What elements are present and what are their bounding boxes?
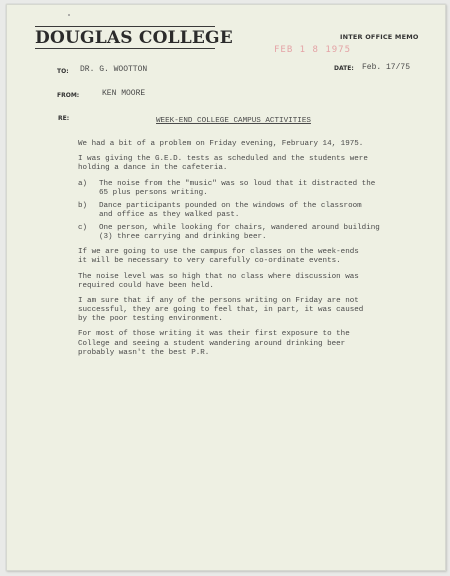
date-value: Feb. 17/75 [362,63,410,72]
list-item-letter: a) [78,180,99,198]
organization-name: DOUGLAS COLLEGE [35,29,215,47]
body-paragraph: If we are going to use the campus for cl… [78,248,433,266]
from-value: KEN MOORE [102,89,145,98]
list-item: c) One person, while looking for chairs,… [78,224,433,242]
to-label: TO: [57,68,69,75]
memo-page: DOUGLAS COLLEGE INTER OFFICE MEMO FEB 1 … [6,4,446,571]
list-item: b) Dance participants pounded on the win… [78,202,433,220]
from-label: FROM: [57,92,79,99]
list-item-letter: b) [78,202,99,220]
list-item-text: Dance participants pounded on the window… [99,202,362,220]
re-label: RE: [58,115,69,122]
received-date-stamp: FEB 1 8 1975 [274,45,351,55]
subject-line: WEEK-END COLLEGE CAMPUS ACTIVITIES [156,117,311,125]
body-paragraph: I am sure that if any of the persons wri… [78,297,433,324]
to-value: DR. G. WOOTTON [80,65,147,74]
list-item-letter: c) [78,224,99,242]
issue-list: a) The noise from the "music" was so lou… [78,180,433,243]
list-item: a) The noise from the "music" was so lou… [78,180,433,198]
body-paragraph: For most of those writing it was their f… [78,330,433,357]
body-paragraph: The noise level was so high that no clas… [78,273,433,291]
memo-type-label: INTER OFFICE MEMO [340,33,419,41]
body-paragraph: We had a bit of a problem on Friday even… [78,140,433,149]
body-paragraph: I was giving the G.E.D. tests as schedul… [78,155,433,173]
list-item-text: One person, while looking for chairs, wa… [99,224,380,242]
scan-speck [68,14,70,16]
list-item-text: The noise from the "music" was so loud t… [99,180,375,198]
date-label: DATE: [334,65,354,72]
logo-rule-bottom [35,48,215,49]
memo-body: We had a bit of a problem on Friday even… [78,140,433,364]
logo-rule-top [35,26,215,27]
letterhead-logo: DOUGLAS COLLEGE [35,26,215,49]
